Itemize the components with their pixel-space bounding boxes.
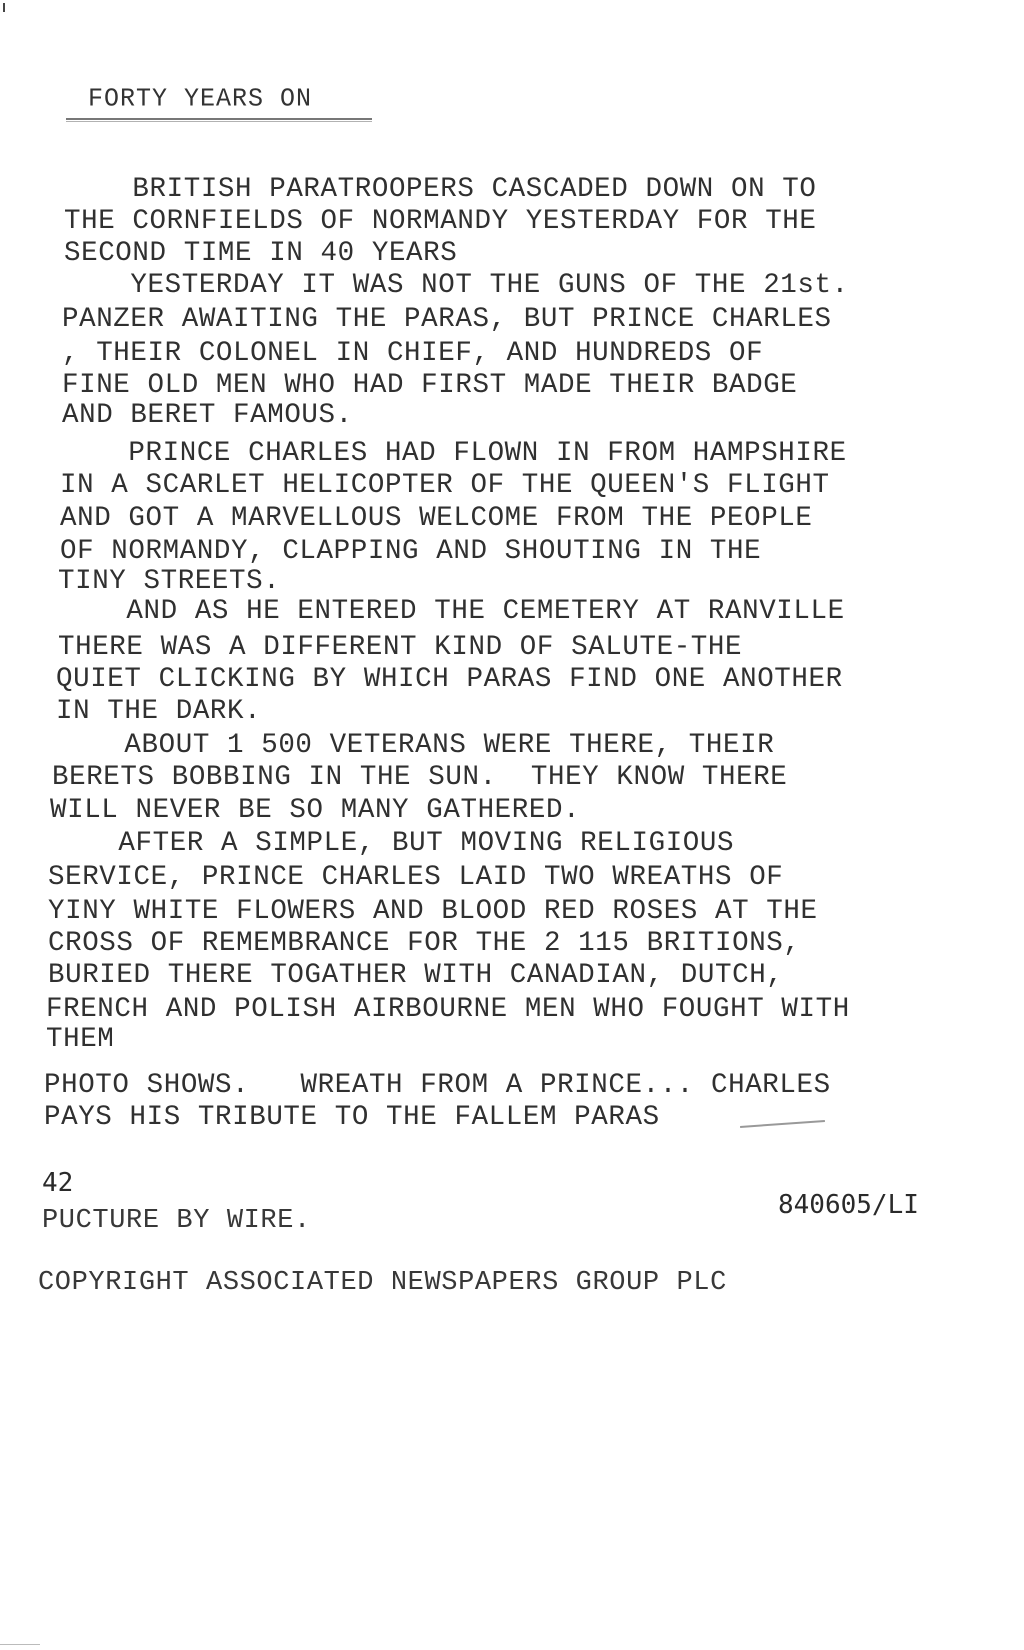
body-line: THERE WAS A DIFFERENT KIND OF SALUTE-THE [58, 634, 742, 662]
title-underline [66, 118, 372, 120]
reference-code: 840605/LI [778, 1190, 919, 1220]
scan-bottom-edge [0, 1644, 40, 1645]
body-line: AND BERET FAMOUS. [62, 402, 353, 430]
photo-caption-line: PHOTO SHOWS. WREATH FROM A PRINCE... CHA… [44, 1072, 831, 1100]
scan-corner-mark [3, 3, 5, 12]
picture-by-wire-label: PUCTURE BY WIRE. [42, 1208, 311, 1235]
body-line: YINY WHITE FLOWERS AND BLOOD RED ROSES A… [48, 898, 818, 926]
body-line: AND GOT A MARVELLOUS WELCOME FROM THE PE… [60, 505, 813, 533]
body-line: WILL NEVER BE SO MANY GATHERED. [50, 797, 580, 825]
body-line: AND AS HE ENTERED THE CEMETERY AT RANVIL… [58, 598, 845, 626]
photo-caption-line: PAYS HIS TRIBUTE TO THE FALLEM PARAS [44, 1104, 660, 1132]
body-line: FINE OLD MEN WHO HAD FIRST MADE THEIR BA… [62, 372, 797, 400]
body-line: CROSS OF REMEMBRANCE FOR THE 2 115 BRITI… [48, 930, 801, 958]
body-line: IN A SCARLET HELICOPTER OF THE QUEEN'S F… [60, 472, 830, 500]
document-title: FORTY YEARS ON [88, 83, 312, 113]
body-line: , THEIR COLONEL IN CHIEF, AND HUNDREDS O… [62, 340, 763, 368]
body-line: THEM [46, 1026, 114, 1054]
body-line: PANZER AWAITING THE PARAS, BUT PRINCE CH… [62, 306, 832, 334]
body-line: SERVICE, PRINCE CHARLES LAID TWO WREATHS… [48, 864, 783, 892]
body-line: BURIED THERE TOGATHER WITH CANADIAN, DUT… [48, 962, 783, 990]
body-line: QUIET CLICKING BY WHICH PARAS FIND ONE A… [56, 666, 843, 694]
body-line: OF NORMANDY, CLAPPING AND SHOUTING IN TH… [60, 538, 761, 566]
copyright-notice: COPYRIGHT ASSOCIATED NEWSPAPERS GROUP PL… [38, 1270, 727, 1297]
body-line: ABOUT 1 500 VETERANS WERE THERE, THEIR [56, 732, 774, 760]
ink-smudge-mark [740, 1120, 825, 1128]
body-line: AFTER A SIMPLE, BUT MOVING RELIGIOUS [50, 830, 734, 858]
wire-photo-caption-sheet: FORTY YEARS ON BRITISH PARATROOPERS CASC… [0, 0, 1024, 1650]
title-underline-shadow [66, 121, 372, 122]
body-line: SECOND TIME IN 40 YEARS [64, 240, 457, 268]
body-line: YESTERDAY IT WAS NOT THE GUNS OF THE 21s… [62, 272, 849, 300]
body-line: BRITISH PARATROOPERS CASCADED DOWN ON TO [64, 176, 817, 204]
body-line: BERETS BOBBING IN THE SUN. THEY KNOW THE… [52, 764, 787, 792]
body-line: IN THE DARK. [56, 698, 261, 726]
body-line: PRINCE CHARLES HAD FLOWN IN FROM HAMPSHI… [60, 440, 847, 468]
body-line: THE CORNFIELDS OF NORMANDY YESTERDAY FOR… [64, 208, 817, 236]
body-line: TINY STREETS. [58, 568, 280, 596]
body-line: FRENCH AND POLISH AIRBOURNE MEN WHO FOUG… [46, 996, 850, 1024]
page-number: 42 [42, 1168, 73, 1198]
